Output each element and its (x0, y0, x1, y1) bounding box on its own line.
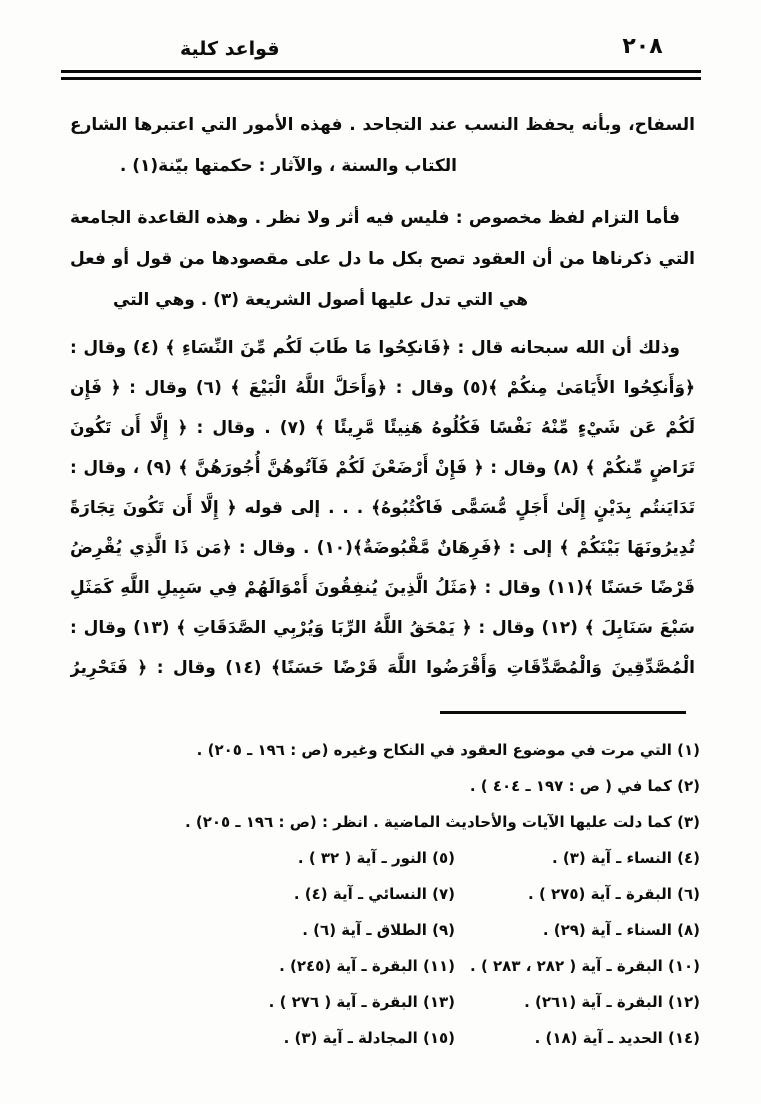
footnote-item: (١٢) البقرة ـ آية (٢٦١) . (455, 984, 700, 1020)
footnotes: (١) التي مرت في موضوع العقود في النكاح و… (66, 732, 700, 1056)
footnote-row: (١٤) الحديد ـ آية (١٨) . (١٥) المجادلة ـ… (66, 1020, 700, 1056)
footnote-item: (١٤) الحديد ـ آية (١٨) . (455, 1020, 700, 1056)
footnote-line: (٣) كما دلت عليها الآيات والأحاديث الماض… (66, 804, 700, 840)
book-page: قواعد كلية ٢٠٨ السفاح، وبأنه يحفظ النسب … (0, 0, 761, 1104)
footnote-item: (٤) النساء ـ آية (٣) . (455, 840, 700, 876)
footnote-item: (٩) الطلاق ـ آية (٦) . (66, 912, 455, 948)
footnote-line: (١) التي مرت في موضوع العقود في النكاح و… (66, 732, 700, 768)
paragraph-3-quran-citations: وذلك أن الله سبحانه قال : ﴿فَانكِحُوا مَ… (70, 328, 695, 688)
footnote-row: (١٢) البقرة ـ آية (٢٦١) . (١٣) البقرة ـ … (66, 984, 700, 1020)
footnote-grid: (٤) النساء ـ آية (٣) . (٥) النور ـ آية (… (66, 840, 700, 1056)
book-title: قواعد كلية (180, 38, 280, 60)
footnote-separator-rule (440, 711, 686, 714)
paragraph-1: السفاح، وبأنه يحفظ النسب عند التجاحد . ف… (70, 105, 695, 187)
text-line: تَدَايَنتُم بِدَيْنٍ إِلَىٰ أَجَلٍ مُّسَ… (70, 488, 695, 528)
text-line: تُدِيرُونَهَا بَيْنَكُمْ ﴾ إلى : ﴿فَرِهَ… (70, 528, 695, 568)
footnote-row: (٤) النساء ـ آية (٣) . (٥) النور ـ آية (… (66, 840, 700, 876)
text-line: لَكُمْ عَن شَيْءٍ مِّنْهُ نَفْسًا فَكُلُ… (70, 408, 695, 448)
text-line: فأما التزام لفظ مخصوص : فليس فيه أثر ولا… (70, 198, 695, 239)
footnote-item: (٦) البقرة ـ آية (٢٧٥ ) . (455, 876, 700, 912)
paragraph-2: فأما التزام لفظ مخصوص : فليس فيه أثر ولا… (70, 198, 695, 321)
footnote-row: (٦) البقرة ـ آية (٢٧٥ ) . (٧) النسائي ـ … (66, 876, 700, 912)
footnote-item: (١٣) البقرة ـ آية ( ٢٧٦ ) . (66, 984, 455, 1020)
body-text: السفاح، وبأنه يحفظ النسب عند التجاحد . ف… (70, 105, 695, 688)
text-line: التي ذكرناها من أن العقود تصح بكل ما دل … (70, 239, 695, 280)
text-line: قَرْضًا حَسَنًا ﴾(١١) وقال : ﴿مَثَلُ الَ… (70, 568, 695, 608)
text-line: الْمُصَّدِّقِينَ وَالْمُصَّدِّقَاتِ وَأَ… (70, 648, 695, 688)
page-number: ٢٠٨ (620, 34, 665, 59)
footnote-item: (٧) النسائي ـ آية (٤) . (66, 876, 455, 912)
text-line: هي التي تدل عليها أصول الشريعة (٣) . وهي… (70, 280, 695, 321)
footnote-item: (٥) النور ـ آية ( ٣٢ ) . (66, 840, 455, 876)
text-line: تَرَاضٍ مِّنكُمْ ﴾ (٨) وقال : ﴿ فَإِنْ أ… (70, 448, 695, 488)
footnote-row: (٨) السناء ـ آية (٢٩) . (٩) الطلاق ـ آية… (66, 912, 700, 948)
footnote-item: (٨) السناء ـ آية (٢٩) . (455, 912, 700, 948)
text-line: وذلك أن الله سبحانه قال : ﴿فَانكِحُوا مَ… (70, 328, 695, 368)
text-line: السفاح، وبأنه يحفظ النسب عند التجاحد . ف… (70, 105, 695, 146)
text-line: الكتاب والسنة ، والآثار : حكمتها بيّنة(١… (70, 146, 695, 187)
footnote-row: (١٠) البقرة ـ آية ( ٢٨٢ ، ٢٨٣ ) . (١١) ا… (66, 948, 700, 984)
footnote-item: (١١) البقرة ـ آية (٢٤٥) . (66, 948, 455, 984)
footnote-item: (١٥) المجادلة ـ آية (٣) . (66, 1020, 455, 1056)
text-line: سَبْعَ سَنَابِلَ ﴾ (١٢) وقال : ﴿ يَمْحَق… (70, 608, 695, 648)
text-line: ﴿وَأَنكِحُوا الأَيَامَىٰ مِنكُمْ ﴾(٥) وق… (70, 368, 695, 408)
header-double-rule (61, 70, 701, 80)
footnote-line: (٢) كما في ( ص : ١٩٧ ـ ٤٠٤ ) . (66, 768, 700, 804)
footnote-item: (١٠) البقرة ـ آية ( ٢٨٢ ، ٢٨٣ ) . (455, 948, 700, 984)
